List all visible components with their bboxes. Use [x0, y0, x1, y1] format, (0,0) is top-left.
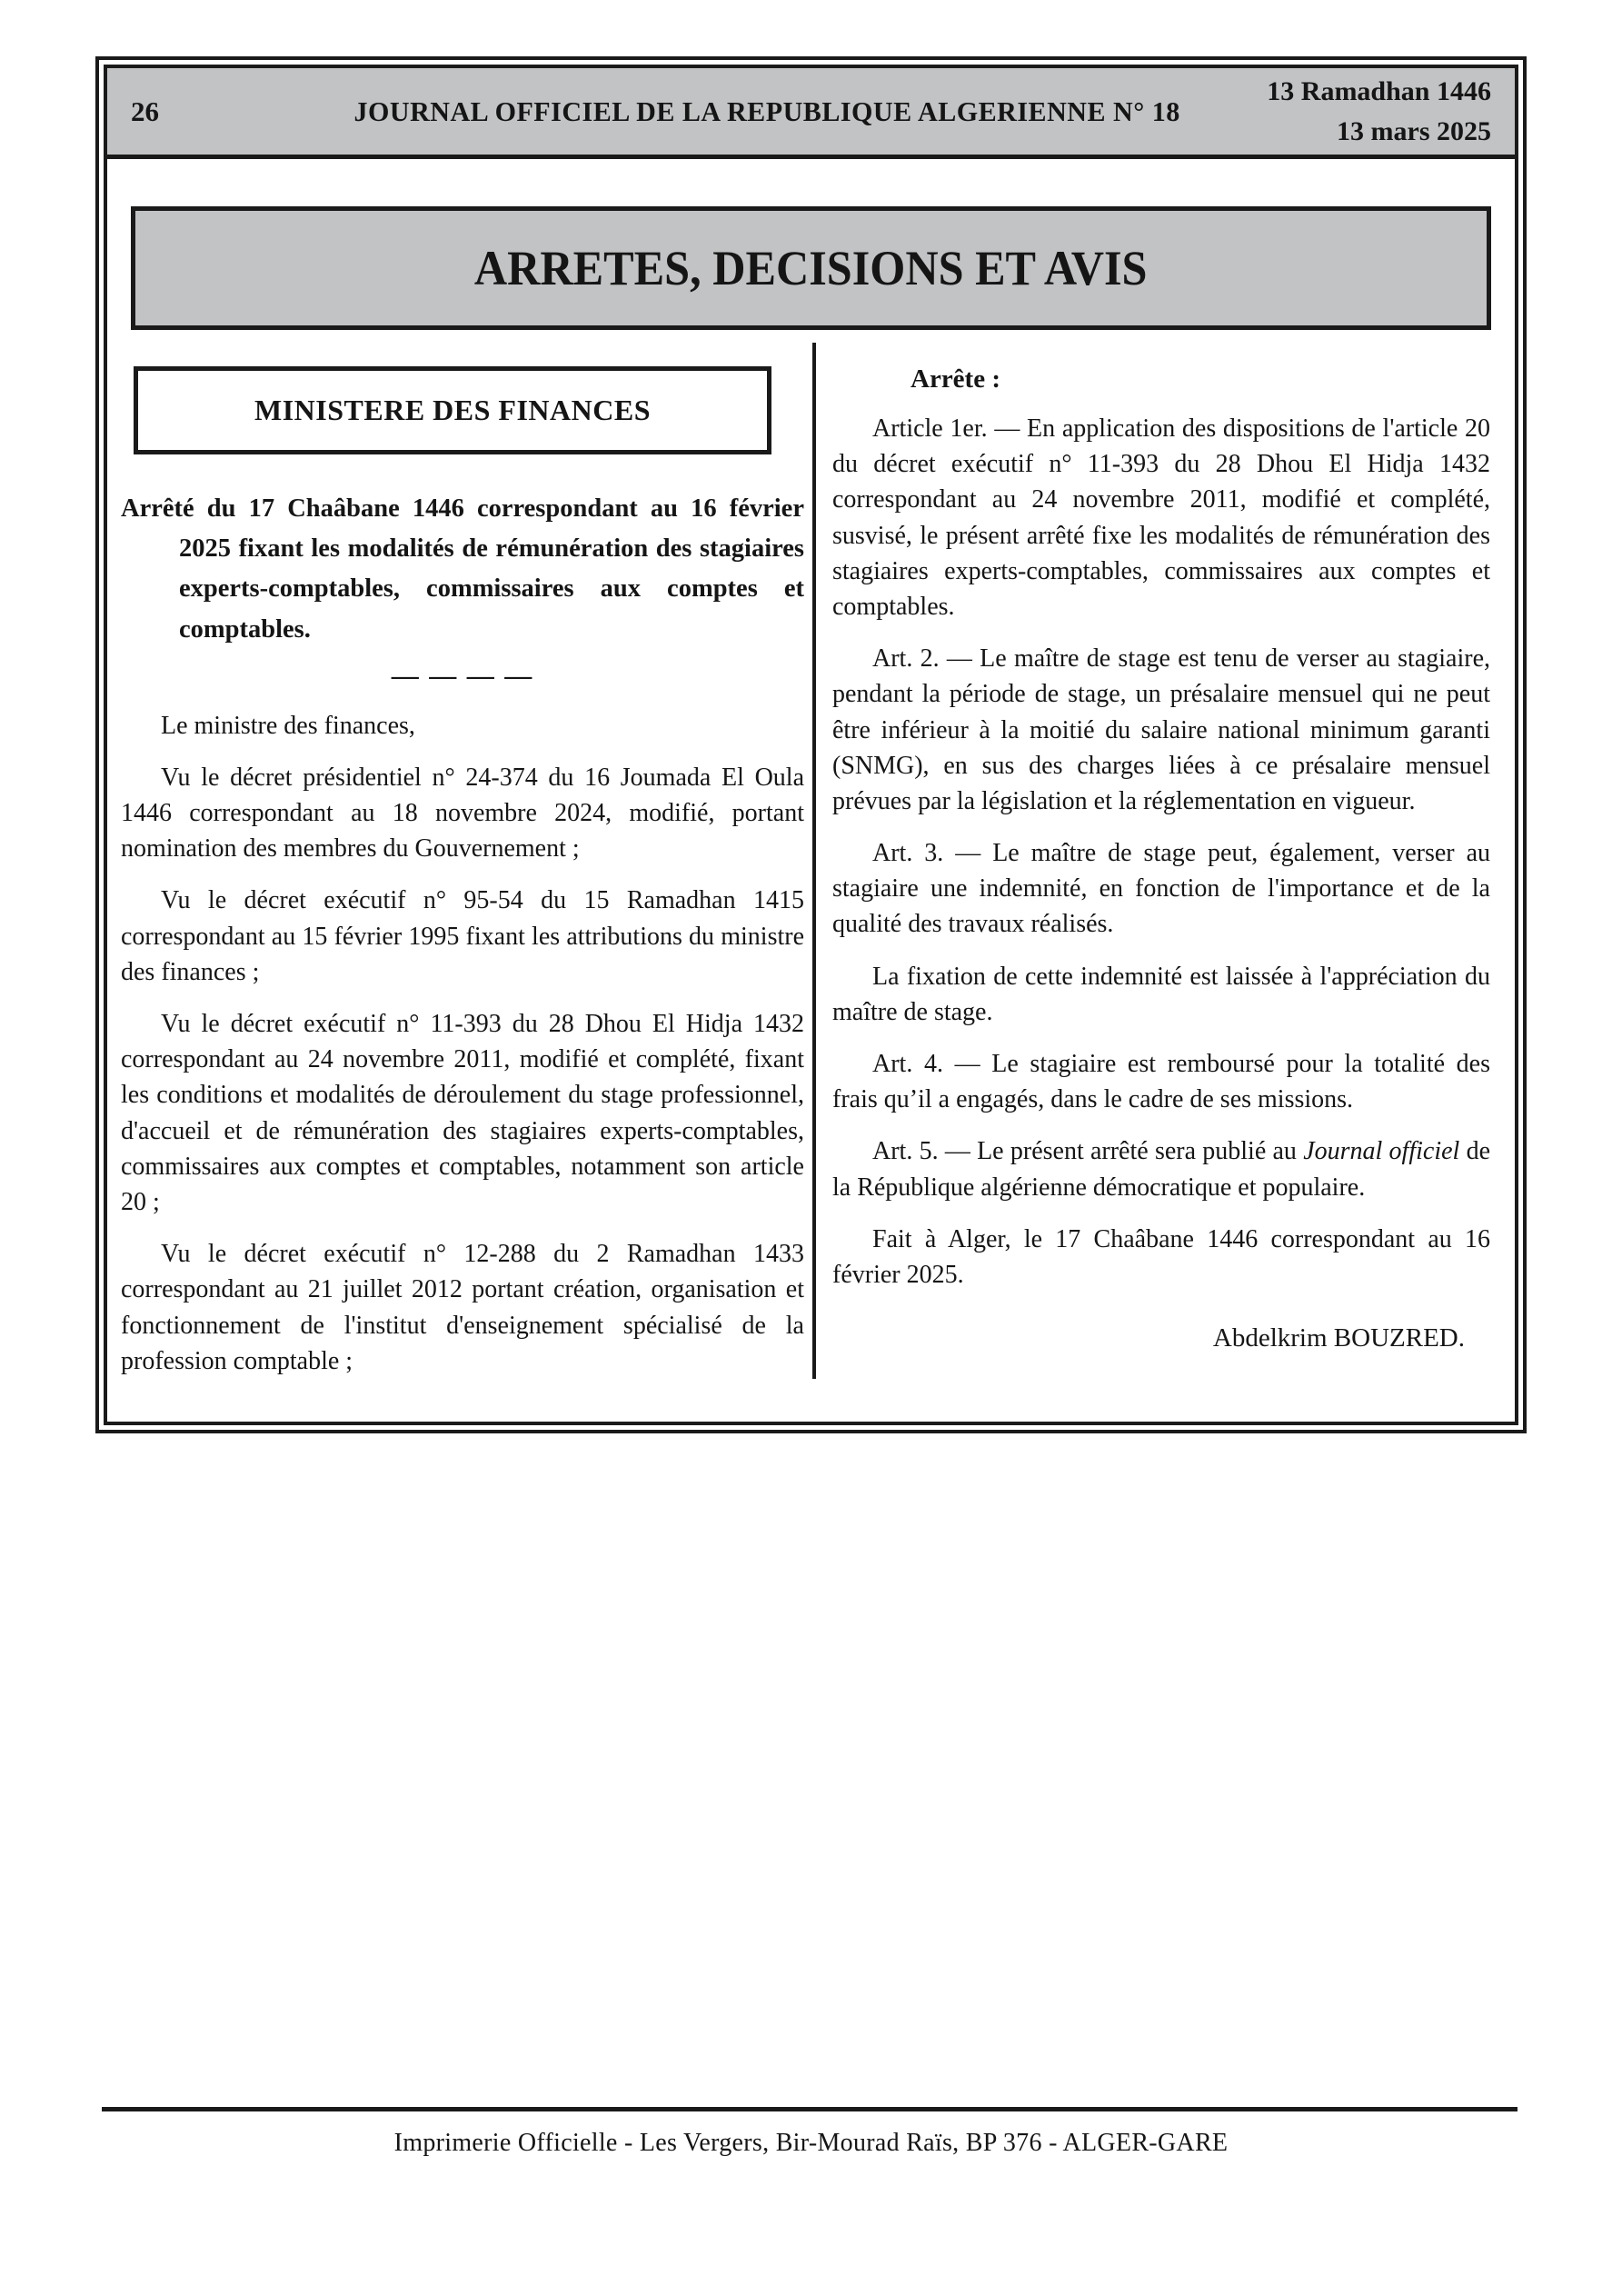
two-column-layout: MINISTERE DES FINANCES Arrêté du 17 Chaâ… [107, 343, 1515, 1379]
dash-separator: — — — — [121, 661, 804, 692]
column-divider [812, 343, 816, 1379]
article-1: Article 1er. — En application des dispos… [832, 411, 1490, 624]
article-3-suite: La fixation de cette indemnité est laiss… [832, 959, 1490, 1030]
paragraph-vu-decret-presidentiel: Vu le décret présidentiel n° 24-374 du 1… [121, 760, 804, 867]
article-5-lead: Art. 5. — Le présent arrêté sera publié … [872, 1137, 1303, 1165]
left-column: MINISTERE DES FINANCES Arrêté du 17 Chaâ… [121, 343, 804, 1379]
header-dates: 13 Ramadhan 1446 13 mars 2025 [1267, 72, 1491, 151]
signature: Abdelkrim BOUZRED. [832, 1323, 1490, 1353]
section-banner: ARRETES, DECISIONS ET AVIS [131, 206, 1491, 330]
date-hijri: 13 Ramadhan 1446 [1267, 72, 1491, 112]
arrete-label: Arrête : [911, 364, 1490, 394]
ministry-title: MINISTERE DES FINANCES [254, 394, 651, 427]
page-header: 26 JOURNAL OFFICIEL DE LA REPUBLIQUE ALG… [107, 68, 1515, 159]
page-number: 26 [131, 95, 267, 128]
date-gregorian: 13 mars 2025 [1267, 112, 1491, 152]
article-4: Art. 4. — Le stagiaire est remboursé pou… [832, 1046, 1490, 1117]
article-2: Art. 2. — Le maître de stage est tenu de… [832, 641, 1490, 819]
paragraph-vu-decret-95-54: Vu le décret exécutif n° 95-54 du 15 Ram… [121, 883, 804, 990]
paragraph-vu-decret-11-393: Vu le décret exécutif n° 11-393 du 28 Dh… [121, 1006, 804, 1220]
decree-title: Arrêté du 17 Chaâbane 1446 correspondant… [121, 489, 804, 650]
journal-page: 26 JOURNAL OFFICIEL DE LA REPUBLIQUE ALG… [0, 0, 1622, 2296]
main-content-box: 26 JOURNAL OFFICIEL DE LA REPUBLIQUE ALG… [95, 56, 1527, 1433]
paragraph-vu-decret-12-288: Vu le décret exécutif n° 12-288 du 2 Ram… [121, 1236, 804, 1379]
journal-title: JOURNAL OFFICIEL DE LA REPUBLIQUE ALGERI… [283, 95, 1252, 128]
footer-rule [102, 2107, 1518, 2111]
paragraph-le-ministre: Le ministre des finances, [121, 708, 804, 744]
ministry-box: MINISTERE DES FINANCES [134, 366, 771, 454]
footer-imprint: Imprimerie Officielle - Les Vergers, Bir… [0, 2129, 1622, 2158]
closing-line: Fait à Alger, le 17 Chaâbane 1446 corres… [832, 1222, 1490, 1293]
right-column: Arrête : Article 1er. — En application d… [832, 343, 1501, 1379]
section-banner-title: ARRETES, DECISIONS ET AVIS [474, 240, 1148, 296]
article-5: Art. 5. — Le présent arrêté sera publié … [832, 1133, 1490, 1204]
article-3: Art. 3. — Le maître de stage peut, égale… [832, 835, 1490, 943]
journal-officiel-italic: Journal officiel [1303, 1137, 1459, 1165]
